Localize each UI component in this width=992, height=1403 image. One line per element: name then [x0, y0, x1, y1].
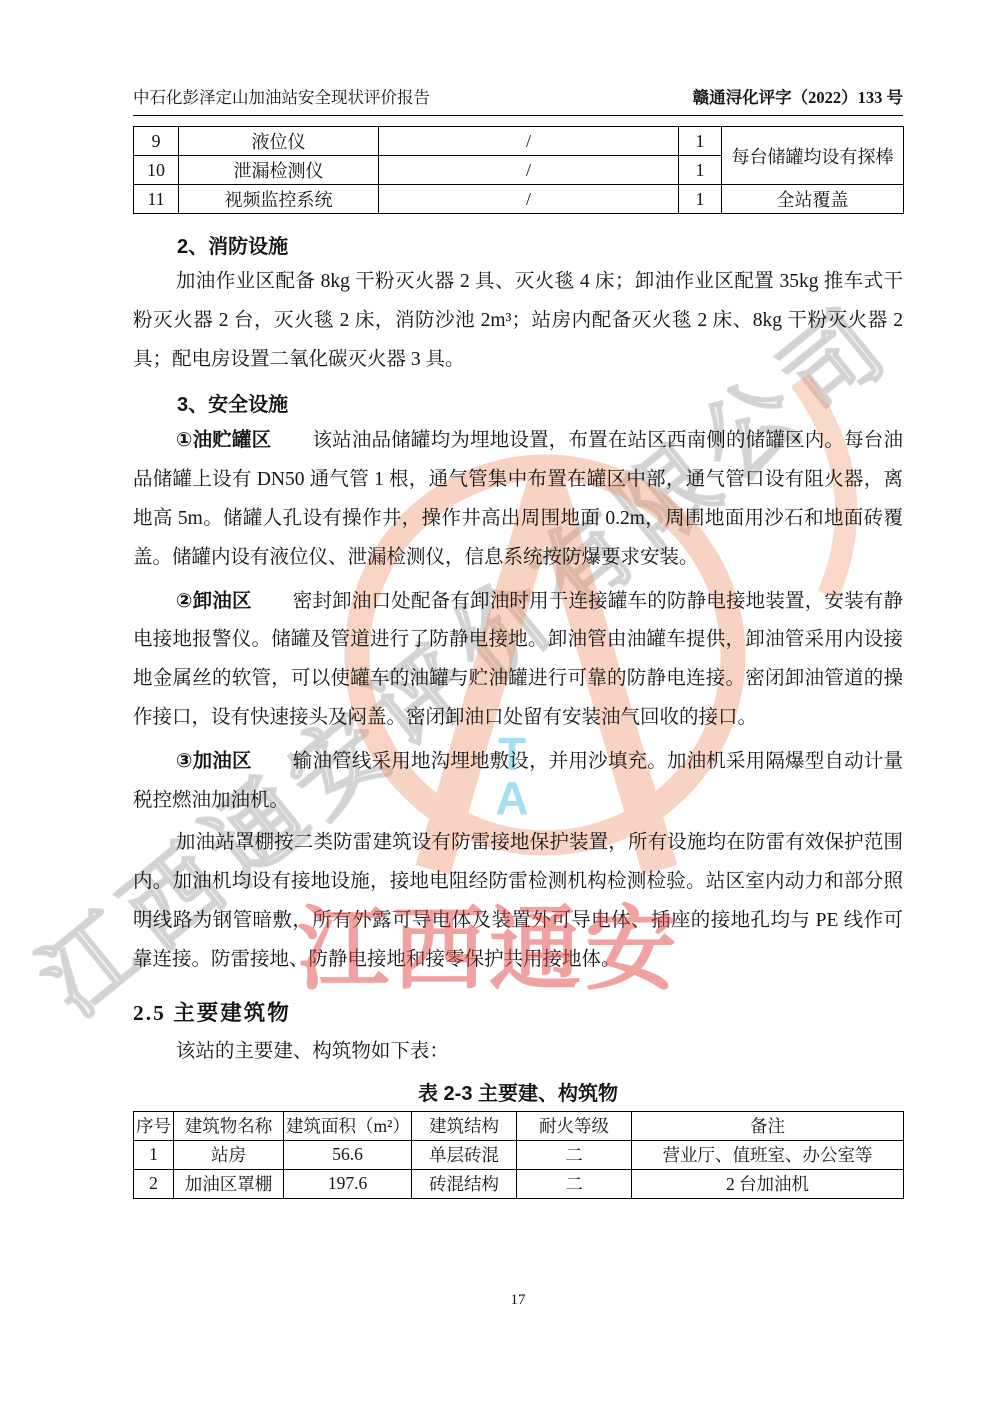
row-number-cell: 9 — [134, 127, 179, 156]
main-buildings-heading: 2.5 主要建筑物 — [133, 996, 903, 1027]
note-cell: 全站覆盖 — [722, 185, 904, 214]
quantity-cell: 1 — [679, 156, 722, 185]
fire-rating-cell: 二 — [517, 1169, 632, 1198]
equipment-name-cell: 液位仪 — [179, 127, 379, 156]
building-area-cell: 197.6 — [284, 1169, 412, 1198]
fire-rating-cell: 二 — [517, 1140, 632, 1169]
refueling-area-paragraph: ③加油区输油管线采用地沟埋地敷设，并用沙填充。加油机采用隔爆型自动计量税控燃油加… — [133, 742, 903, 821]
lightning-protection-paragraph: 加油站罩棚按二类防雷建筑设有防雷接地保护装置，所有设施均在防雷有效保护范围内。加… — [133, 824, 903, 979]
quantity-cell: 1 — [679, 127, 722, 156]
page-number: 17 — [133, 1292, 903, 1309]
safety-facilities-heading: 3、安全设施 — [177, 388, 903, 417]
column-header: 建筑结构 — [412, 1111, 517, 1140]
building-name-cell: 加油区罩棚 — [174, 1169, 284, 1198]
note-cell-merged: 每台储罐均设有探棒 — [722, 127, 904, 185]
column-header: 序号 — [134, 1111, 174, 1140]
buildings-table: 序号 建筑物名称 建筑面积（m²） 建筑结构 耐火等级 备注 1 站房 56.6… — [133, 1111, 904, 1199]
refueling-area-label: ③加油区 — [176, 750, 252, 772]
building-structure-cell: 砖混结构 — [412, 1169, 517, 1198]
buildings-table-title: 表 2-3 主要建、构筑物 — [133, 1077, 903, 1106]
column-header: 备注 — [632, 1111, 904, 1140]
table-row: 11 视频监控系统 / 1 全站覆盖 — [134, 185, 904, 214]
fire-facilities-heading: 2、消防设施 — [177, 230, 903, 259]
row-number-cell: 10 — [134, 156, 179, 185]
column-header: 耐火等级 — [517, 1111, 632, 1140]
table-row: 9 液位仪 / 1 每台储罐均设有探棒 — [134, 127, 904, 156]
unloading-area-label: ②卸油区 — [176, 590, 252, 612]
tank-area-paragraph: ①油贮罐区该站油品储罐均为埋地设置，布置在站区西南侧的储罐区内。每台油品储罐上设… — [133, 421, 903, 577]
spec-cell: / — [379, 127, 679, 156]
page-header: 中石化彭泽定山加油站安全现状评价报告 赣通浔化评字（2022）133 号 — [133, 84, 903, 116]
page-content: 中石化彭泽定山加油站安全现状评价报告 赣通浔化评字（2022）133 号 9 液… — [133, 84, 903, 1199]
building-name-cell: 站房 — [174, 1140, 284, 1169]
row-number-cell: 2 — [134, 1169, 174, 1198]
row-number-cell: 1 — [134, 1140, 174, 1169]
equipment-name-cell: 视频监控系统 — [179, 185, 379, 214]
equipment-table: 9 液位仪 / 1 每台储罐均设有探棒 10 泄漏检测仪 / 1 11 视频监控… — [133, 126, 904, 214]
quantity-cell: 1 — [679, 185, 722, 214]
row-number-cell: 11 — [134, 185, 179, 214]
column-header: 建筑物名称 — [174, 1111, 284, 1140]
fire-facilities-paragraph: 加油作业区配备 8kg 干粉灭火器 2 具、灭火毯 4 床；卸油作业区配置 35… — [133, 263, 903, 379]
column-header: 建筑面积（m²） — [284, 1111, 412, 1140]
document-number: 赣通浔化评字（2022）133 号 — [693, 84, 903, 108]
tank-area-label: ①油贮罐区 — [176, 429, 271, 451]
building-area-cell: 56.6 — [284, 1140, 412, 1169]
document-page: 江西通安评价有限公司 TA 江西通安 中石化彭泽定山加油站安全现状评价报告 赣通… — [0, 0, 992, 1403]
buildings-intro: 该站的主要建、构筑物如下表： — [133, 1035, 903, 1069]
equipment-name-cell: 泄漏检测仪 — [179, 156, 379, 185]
note-cell: 2 台加油机 — [632, 1169, 904, 1198]
building-structure-cell: 单层砖混 — [412, 1140, 517, 1169]
table-row: 1 站房 56.6 单层砖混 二 营业厅、值班室、办公室等 — [134, 1140, 904, 1169]
unloading-area-paragraph: ②卸油区密封卸油口处配备有卸油时用于连接罐车的防静电接地装置，安装有静电接地报警… — [133, 582, 903, 738]
report-title: 中石化彭泽定山加油站安全现状评价报告 — [133, 84, 430, 108]
spec-cell: / — [379, 185, 679, 214]
note-cell: 营业厅、值班室、办公室等 — [632, 1140, 904, 1169]
spec-cell: / — [379, 156, 679, 185]
table-header-row: 序号 建筑物名称 建筑面积（m²） 建筑结构 耐火等级 备注 — [134, 1111, 904, 1140]
table-row: 2 加油区罩棚 197.6 砖混结构 二 2 台加油机 — [134, 1169, 904, 1198]
